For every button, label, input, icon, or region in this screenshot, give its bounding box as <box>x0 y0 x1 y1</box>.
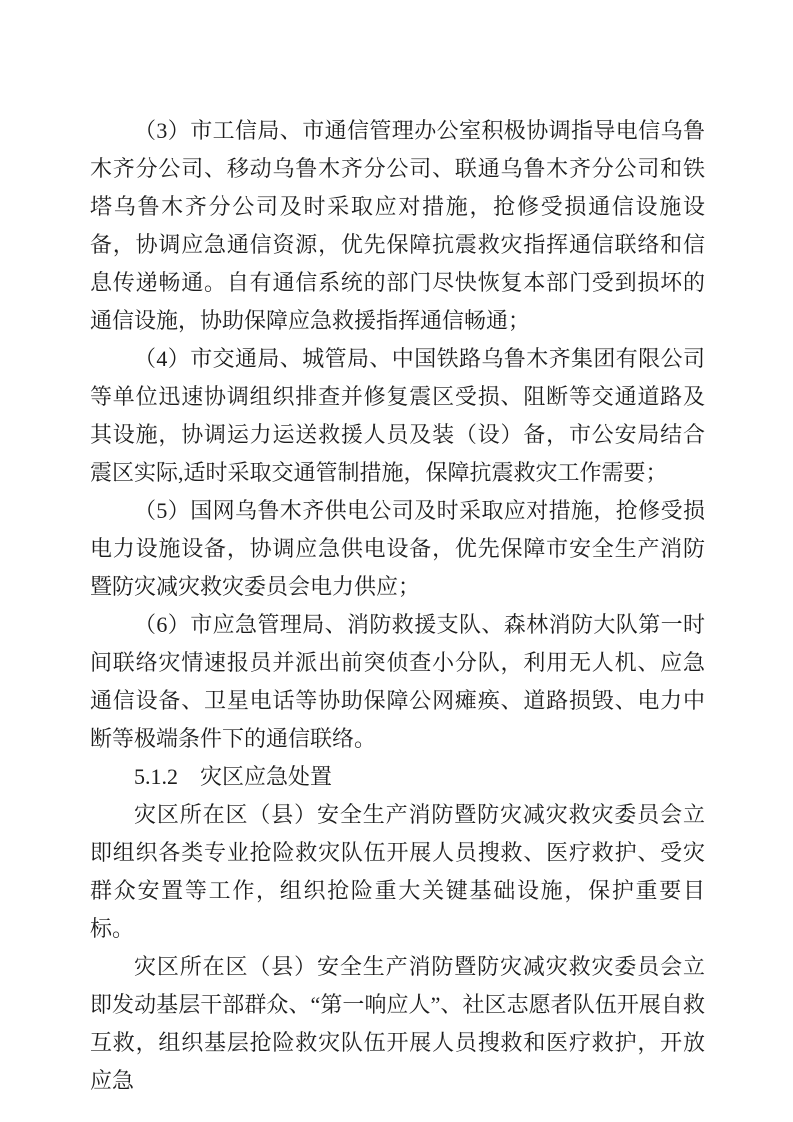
paragraph-disaster-area-response-1: 灾区所在区（县）安全生产消防暨防灾减灾救灾委员会立即组织各类专业抢险救灾队伍开展… <box>90 796 705 948</box>
paragraph-list-item-4: （4）市交通局、城管局、中国铁路乌鲁木齐集团有限公司等单位迅速协调组织排查并修复… <box>90 340 705 492</box>
paragraph-list-item-3: （3）市工信局、市通信管理办公室积极协调指导电信乌鲁木齐分公司、移动乌鲁木齐分公… <box>90 112 705 340</box>
paragraph-disaster-area-response-2: 灾区所在区（县）安全生产消防暨防灾减灾救灾委员会立即发动基层干部群众、“第一响应… <box>90 948 705 1100</box>
paragraph-list-item-6: （6）市应急管理局、消防救援支队、森林消防大队第一时间联络灾情速报员并派出前突侦… <box>90 606 705 758</box>
document-page: （3）市工信局、市通信管理办公室积极协调指导电信乌鲁木齐分公司、移动乌鲁木齐分公… <box>0 0 793 1122</box>
section-heading-5-1-2: 5.1.2 灾区应急处置 <box>90 758 705 796</box>
paragraph-list-item-5: （5）国网乌鲁木齐供电公司及时采取应对措施，抢修受损电力设施设备，协调应急供电设… <box>90 492 705 606</box>
